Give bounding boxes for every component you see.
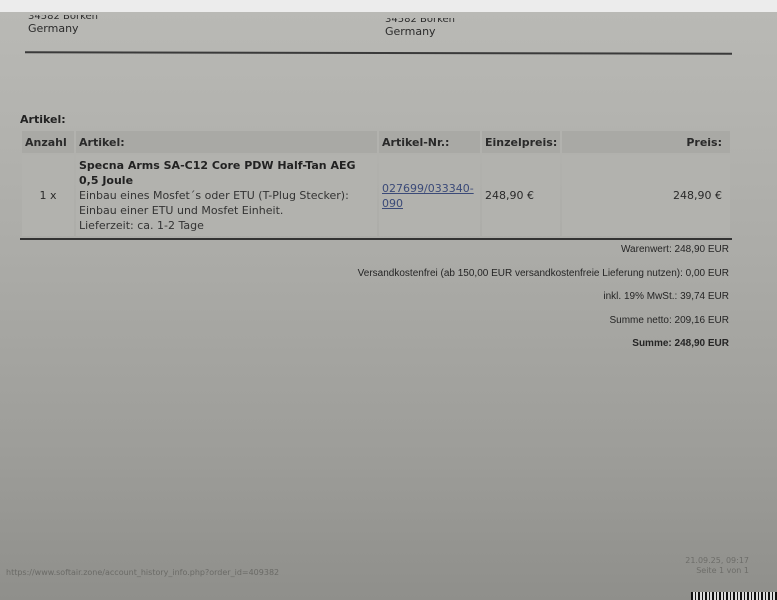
- barcode-strip: [691, 592, 777, 600]
- address-divider: [25, 51, 732, 54]
- billing-city: 34582 Borken: [28, 15, 98, 22]
- item-description: Specna Arms SA-C12 Core PDW Half-Tan AEG…: [76, 155, 377, 236]
- total-net: Summe netto: 209,16 EUR: [358, 314, 729, 338]
- items-section-label: Artikel:: [20, 113, 66, 126]
- col-header-article: Artikel:: [76, 131, 377, 153]
- shipping-country: Germany: [385, 25, 436, 38]
- sku-part-2: 090: [382, 197, 403, 210]
- item-unit-price: 248,90 €: [482, 155, 560, 236]
- item-quantity: 1 x: [22, 155, 74, 236]
- item-title: Specna Arms SA-C12 Core PDW Half-Tan AEG: [79, 158, 374, 173]
- item-price: 248,90 €: [562, 155, 730, 236]
- billing-country: Germany: [28, 22, 79, 35]
- items-table: Anzahl Artikel: Artikel-Nr.: Einzelpreis…: [20, 129, 732, 238]
- footer-url: https://www.softair.zone/account_history…: [6, 568, 279, 577]
- col-header-article-number: Artikel-Nr.:: [379, 131, 480, 153]
- scan-top-margin: [0, 0, 777, 12]
- shipping-city: 34582 Borken: [385, 18, 455, 25]
- print-datetime: 21.09.25, 09:17: [685, 556, 749, 566]
- item-option-value: Einbau einer ETU und Mosfet Einheit.: [79, 203, 374, 218]
- item-option: Einbau eines Mosfet´s oder ETU (T-Plug S…: [79, 188, 374, 203]
- table-row: 1 x Specna Arms SA-C12 Core PDW Half-Tan…: [22, 155, 730, 236]
- sku-part-1: 027699/033340-: [382, 182, 474, 195]
- page-number: Seite 1 von 1: [685, 566, 749, 576]
- col-header-quantity: Anzahl: [22, 131, 74, 153]
- col-header-price: Preis:: [562, 131, 730, 153]
- totals-block: Warenwert: 248,90 EUR Versandkostenfrei …: [358, 243, 729, 361]
- total-goods-value: Warenwert: 248,90 EUR: [358, 243, 729, 267]
- invoice-page: 34582 Borken Germany 34582 Borken German…: [0, 12, 777, 600]
- article-number-link[interactable]: 027699/033340- 090: [382, 182, 474, 210]
- table-divider: [20, 238, 732, 240]
- items-table-header: Anzahl Artikel: Artikel-Nr.: Einzelpreis…: [22, 131, 730, 153]
- item-delivery-time: Lieferzeit: ca. 1-2 Tage: [79, 218, 374, 233]
- col-header-unit-price: Einzelpreis:: [482, 131, 560, 153]
- total-shipping: Versandkostenfrei (ab 150,00 EUR versand…: [358, 267, 729, 291]
- item-title-power: 0,5 Joule: [79, 173, 374, 188]
- total-vat: inkl. 19% MwSt.: 39,74 EUR: [358, 290, 729, 314]
- billing-address: 34582 Borken Germany: [28, 15, 98, 36]
- shipping-address: 34582 Borken Germany: [385, 18, 455, 39]
- total-sum: Summe: 248,90 EUR: [358, 337, 729, 361]
- item-article-number: 027699/033340- 090: [379, 155, 480, 236]
- footer-meta: 21.09.25, 09:17 Seite 1 von 1: [685, 556, 749, 576]
